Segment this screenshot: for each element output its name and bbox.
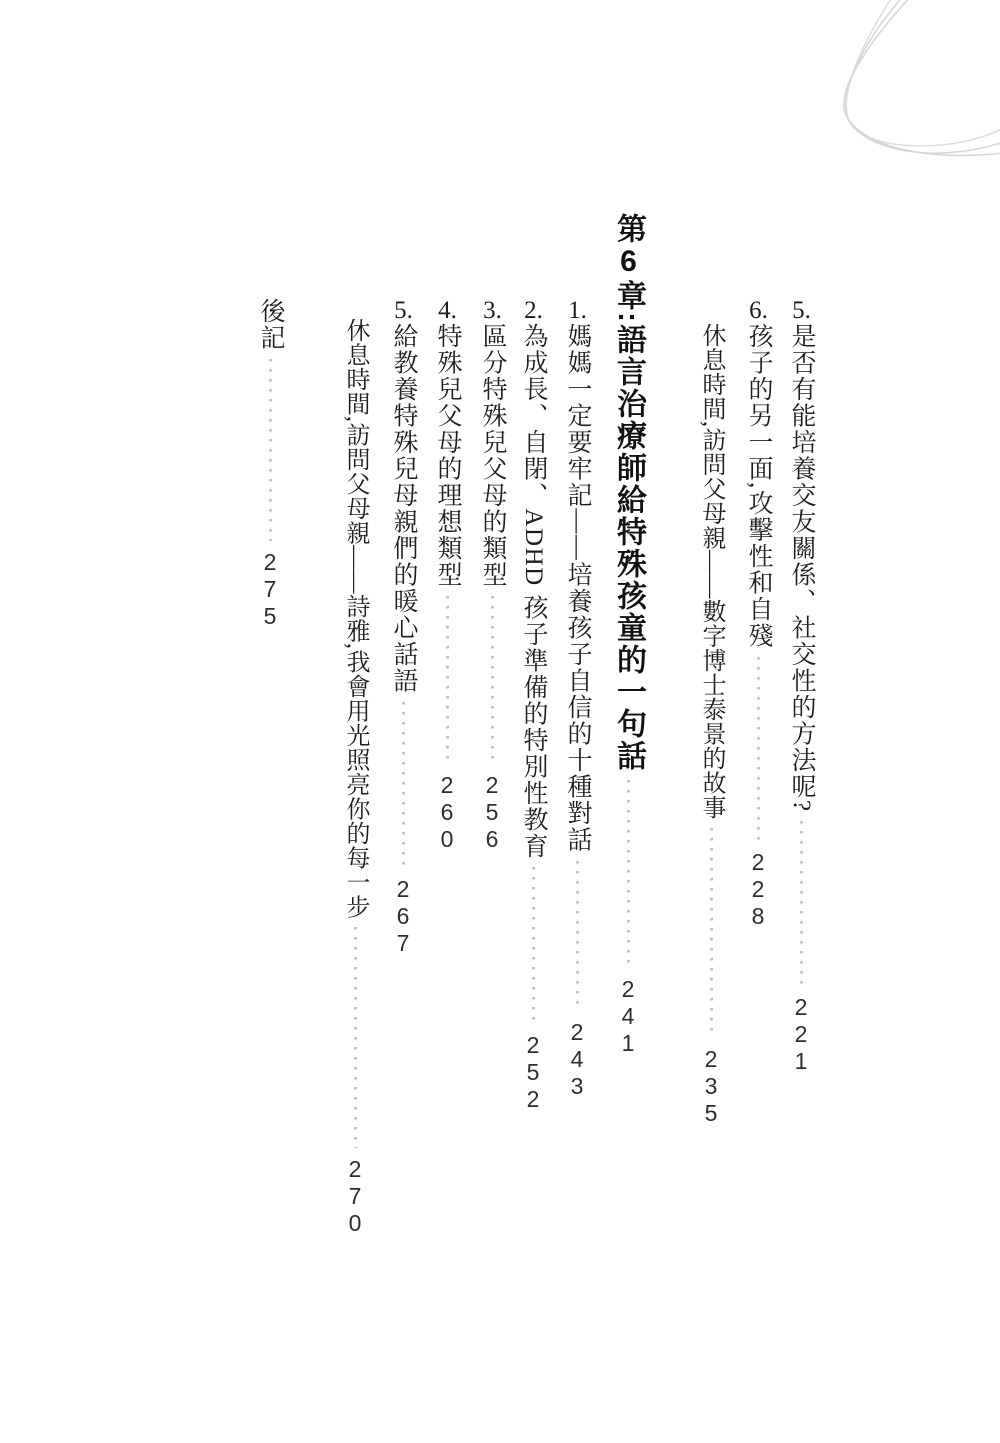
entry-title: 給教養特殊兒母親們的暖心話語 bbox=[390, 323, 417, 694]
dotted-leader bbox=[800, 821, 803, 986]
chapter-title: 第6章:語言治療師給特殊孩童的一句話 bbox=[607, 213, 649, 772]
entry-text: 1.媽媽一定要牢記——培養孩子自信的十種對話 bbox=[560, 298, 594, 853]
dotted-leader bbox=[491, 596, 494, 764]
page-number: 235 bbox=[694, 1046, 728, 1127]
chapter-post: 章:語言治療師給特殊孩童的一句話 bbox=[612, 280, 645, 772]
page-number: 260 bbox=[430, 772, 464, 853]
page-number: 275 bbox=[253, 549, 287, 630]
toc-entry-ch5-item6: 6.孩子的另一面,攻擊性和自殘 228 bbox=[741, 298, 775, 930]
entry-number: 5. bbox=[390, 298, 417, 323]
dotted-leader bbox=[446, 596, 449, 764]
entry-title: 休息時間,訪問父母親——數字博士泰景的故事 bbox=[698, 323, 724, 820]
dotted-leader bbox=[269, 359, 272, 541]
chapter-number: 6 bbox=[612, 245, 645, 280]
entry-number: 2. bbox=[520, 298, 547, 323]
toc-page: 5.是否有能培養交友關係、社交性的方法呢? 221 6.孩子的另一面,攻擊性和自… bbox=[0, 0, 1000, 1443]
dotted-leader bbox=[354, 927, 357, 1148]
entry-text: 6.孩子的另一面,攻擊性和自殘 bbox=[741, 298, 775, 649]
entry-title: 後記 bbox=[257, 298, 284, 351]
entry-title: 區分特殊兒父母的類型 bbox=[479, 323, 506, 588]
entry-title: 孩子的另一面,攻擊性和自殘 bbox=[745, 323, 772, 649]
entry-text: 5.是否有能培養交友關係、社交性的方法呢? bbox=[784, 298, 818, 813]
dotted-leader bbox=[402, 702, 405, 868]
toc-entry-chapter-6: 第6章:語言治療師給特殊孩童的一句話 241 bbox=[607, 213, 649, 1057]
entry-number: 5. bbox=[788, 298, 815, 323]
toc-entry-ch6-item1: 1.媽媽一定要牢記——培養孩子自信的十種對話 243 bbox=[560, 298, 594, 1100]
entry-title: 特殊兒父母的理想類型 bbox=[434, 323, 461, 588]
page-number: 221 bbox=[784, 994, 818, 1075]
toc-entry-ch6-item5: 5.給教養特殊兒母親們的暖心話語 267 bbox=[386, 298, 420, 957]
entry-title: 休息時間,訪問父母親——詩雅,我會用光照亮你的每一步 bbox=[342, 318, 368, 919]
page-number: 252 bbox=[516, 1032, 550, 1113]
entry-text: 4.特殊兒父母的理想類型 bbox=[430, 298, 464, 588]
entry-number: 1. bbox=[564, 298, 591, 323]
toc-entry-ch6-item2: 2.為成長、自閉、ADHD 孩子準備的特別性教育 252 bbox=[516, 298, 550, 1113]
entry-text: 休息時間,訪問父母親——詩雅,我會用光照亮你的每一步 bbox=[338, 318, 372, 919]
entry-text: 後記 bbox=[253, 298, 287, 351]
toc-entry-ch5-item5: 5.是否有能培養交友關係、社交性的方法呢? 221 bbox=[784, 298, 818, 1075]
page-number: 228 bbox=[741, 849, 775, 930]
toc-entry-ch6-item3: 3.區分特殊兒父母的類型 256 bbox=[475, 298, 509, 853]
toc-entry-ch6-item4: 4.特殊兒父母的理想類型 260 bbox=[430, 298, 464, 853]
entry-title: 為成長、自閉、ADHD 孩子準備的特別性教育 bbox=[520, 323, 547, 859]
page-number: 256 bbox=[475, 772, 509, 853]
entry-title: 是否有能培養交友關係、社交性的方法呢? bbox=[788, 323, 815, 813]
page-number: 267 bbox=[386, 876, 420, 957]
page-number: 243 bbox=[560, 1019, 594, 1100]
dotted-leader bbox=[532, 867, 535, 1024]
entry-text: 休息時間,訪問父母親——數字博士泰景的故事 bbox=[694, 323, 728, 820]
page-number: 241 bbox=[607, 976, 649, 1057]
chapter-pre: 第 bbox=[612, 213, 645, 245]
decorative-curves bbox=[820, 0, 1000, 200]
entry-text: 3.區分特殊兒父母的類型 bbox=[475, 298, 509, 588]
dotted-leader bbox=[627, 780, 630, 968]
dotted-leader bbox=[576, 861, 579, 1011]
toc-entry-epilogue: 後記 275 bbox=[253, 298, 287, 630]
page-number: 270 bbox=[338, 1156, 372, 1237]
toc-entry-break-taegyeong: 休息時間,訪問父母親——數字博士泰景的故事 235 bbox=[694, 323, 728, 1127]
entry-text: 5.給教養特殊兒母親們的暖心話語 bbox=[386, 298, 420, 694]
entry-title: 媽媽一定要牢記——培養孩子自信的十種對話 bbox=[564, 323, 591, 853]
entry-number: 3. bbox=[479, 298, 506, 323]
dotted-leader bbox=[710, 828, 713, 1039]
entry-number: 4. bbox=[434, 298, 461, 323]
entry-number: 6. bbox=[745, 298, 772, 323]
toc-entry-break-siya: 休息時間,訪問父母親——詩雅,我會用光照亮你的每一步 270 bbox=[338, 318, 372, 1237]
entry-text: 2.為成長、自閉、ADHD 孩子準備的特別性教育 bbox=[516, 298, 550, 859]
dotted-leader bbox=[757, 657, 760, 841]
